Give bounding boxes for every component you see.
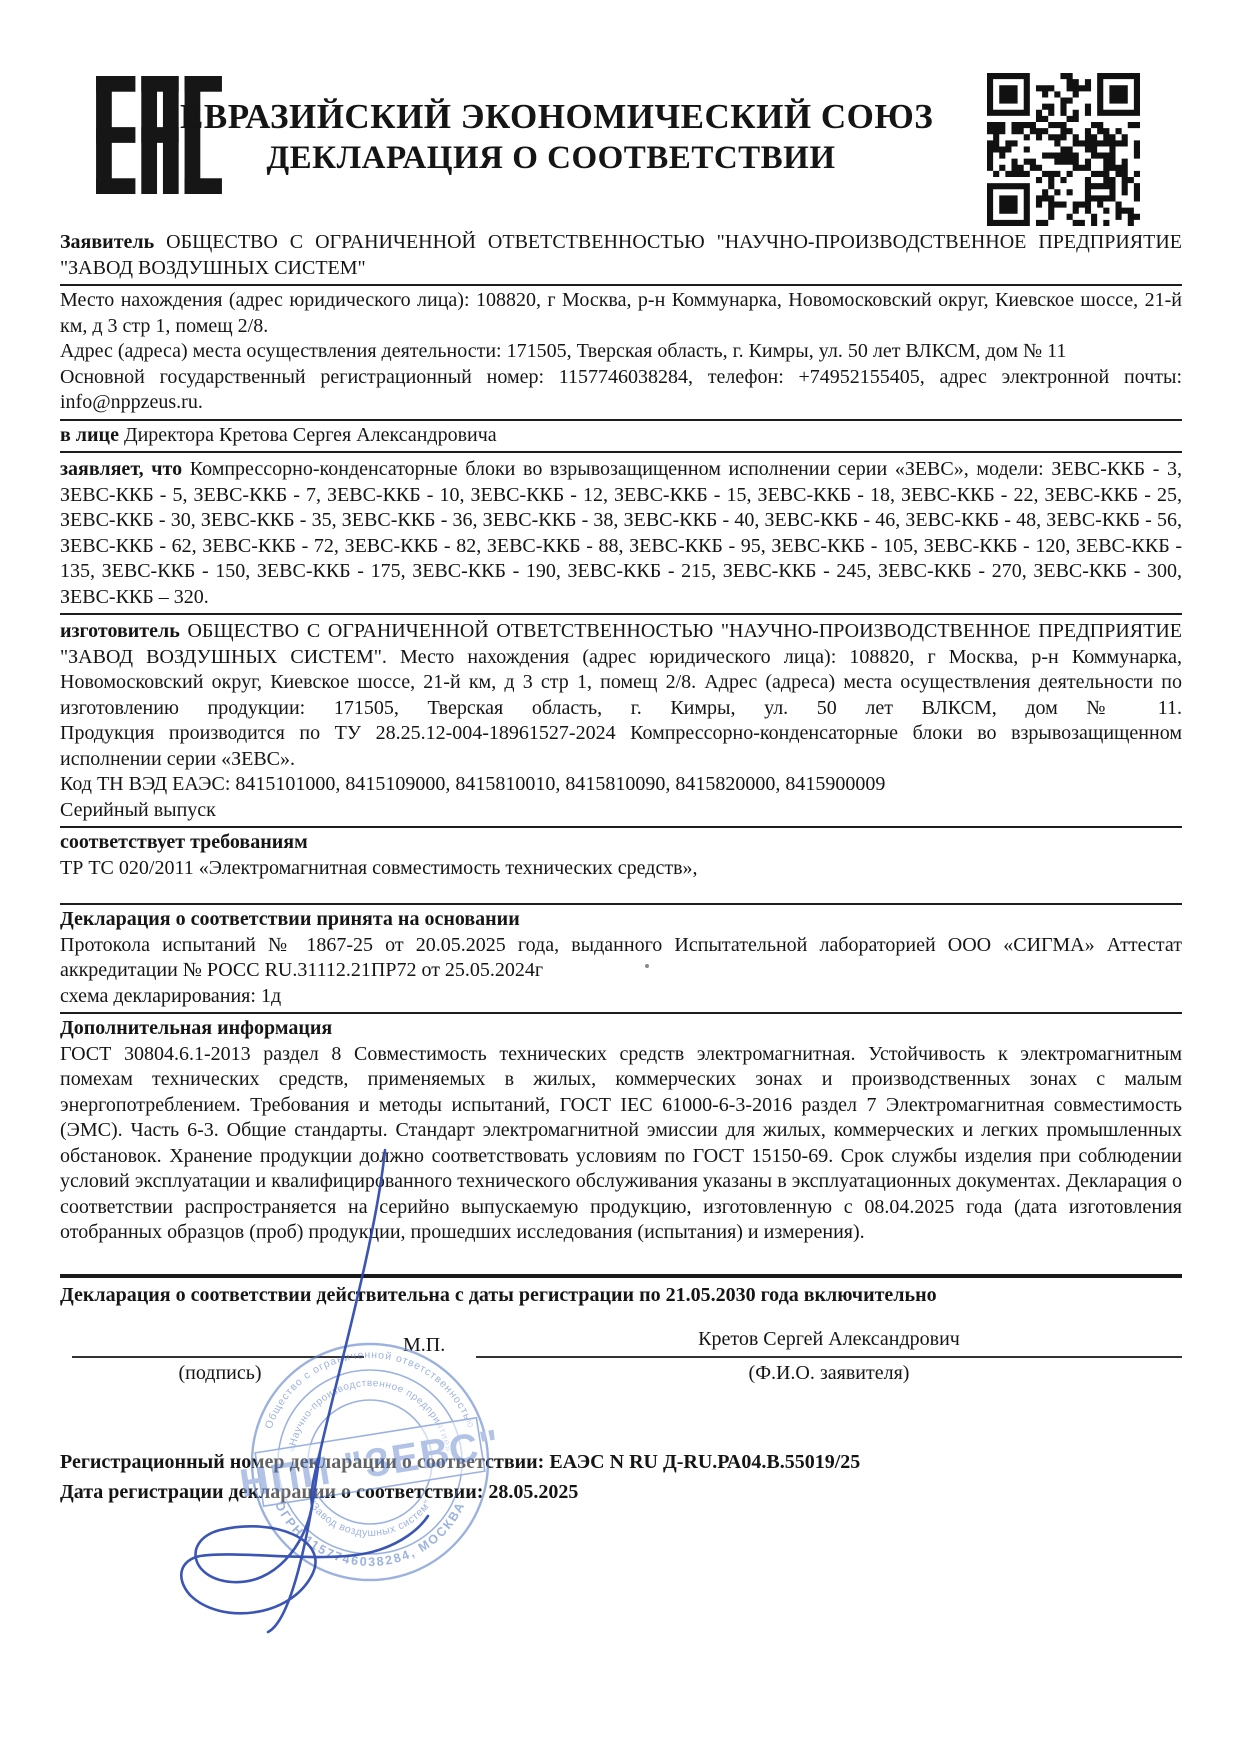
divider: [60, 903, 1182, 905]
applicant-location: Место нахождения (адрес юридического лиц…: [60, 288, 1182, 339]
basis-protocol: Протокола испытаний № 1867-25 от 20.05.2…: [60, 933, 1182, 984]
divider: [60, 284, 1182, 286]
qr-code: [987, 73, 1140, 226]
divider: [60, 419, 1182, 421]
signature-caption: (подпись): [100, 1362, 340, 1385]
stamp-ogrn-text: ОГРН 1157746038284, МОСКВА: [272, 1499, 468, 1569]
title-declaration: ДЕКЛАРАЦИЯ О СООТВЕТСТВИИ: [180, 138, 922, 178]
applicant-paragraph: Заявитель ОБЩЕСТВО С ОГРАНИЧЕННОЙ ОТВЕТС…: [60, 230, 1182, 281]
signature-block: Кретов Сергей Александрович М.П. (подпис…: [60, 1320, 1182, 1400]
serial-release: Серийный выпуск: [60, 798, 1182, 824]
conforms-heading: соответствует требованиям: [60, 830, 1182, 856]
manufacturer-label: изготовитель: [60, 620, 180, 642]
divider: [60, 451, 1182, 453]
divider: [60, 613, 1182, 615]
in-person-name: Директора Кретова Сергея Александровича: [124, 424, 497, 446]
manufacturer-paragraph: изготовитель ОБЩЕСТВО С ОГРАНИЧЕННОЙ ОТВ…: [60, 619, 1182, 721]
basis-heading: Декларация о соответствии принята на осн…: [60, 907, 1182, 933]
fio-line: [476, 1356, 1182, 1358]
additional-heading: Дополнительная информация: [60, 1016, 1182, 1042]
registration-block: Регистрационный номер декларации о соотв…: [60, 1447, 1182, 1507]
applicant-fio: Кретов Сергей Александрович: [476, 1328, 1182, 1351]
document-header: ЕВРАЗИЙСКИЙ ЭКОНОМИЧЕСКИЙ СОЮЗ ДЕКЛАРАЦИ…: [60, 0, 1182, 196]
divider: [60, 826, 1182, 828]
basis-scheme: схема декларирования: 1д: [60, 984, 1182, 1010]
declares-label: заявляет, что: [60, 458, 182, 480]
scan-artifact-dot: [645, 964, 649, 968]
conforms-regulation: ТР ТС 020/2011 «Электромагнитная совмест…: [60, 856, 1182, 882]
product-description: Компрессорно-конденсаторные блоки во взр…: [60, 458, 1182, 608]
manufacturer-details: ОБЩЕСТВО С ОГРАНИЧЕННОЙ ОТВЕТСТВЕННОСТЬЮ…: [60, 620, 1182, 719]
applicant-name: ОБЩЕСТВО С ОГРАНИЧЕННОЙ ОТВЕТСТВЕННОСТЬЮ…: [60, 231, 1182, 279]
registration-number: Регистрационный номер декларации о соотв…: [60, 1447, 1182, 1477]
applicant-ogrn-line: Основной государственный регистрационный…: [60, 365, 1182, 416]
stamp-place-label: М.П.: [403, 1334, 445, 1357]
svg-text:ОГРН 1157746038284, МОСКВА: ОГРН 1157746038284, МОСКВА: [272, 1499, 468, 1569]
applicant-activity-address: Адрес (адреса) места осуществления деяте…: [60, 339, 1182, 365]
in-person-label: в лице: [60, 424, 119, 446]
document-title: ЕВРАЗИЙСКИЙ ЭКОНОМИЧЕСКИЙ СОЮЗ ДЕКЛАРАЦИ…: [180, 96, 922, 178]
divider-thick: [60, 1274, 1182, 1278]
tnved-codes: Код ТН ВЭД ЕАЭС: 8415101000, 8415109000,…: [60, 772, 1182, 798]
divider: [60, 1012, 1182, 1014]
additional-text: ГОСТ 30804.6.1-2013 раздел 8 Совместимос…: [60, 1042, 1182, 1246]
applicant-label: Заявитель: [60, 231, 154, 253]
production-spec: Продукция производится по ТУ 28.25.12-00…: [60, 721, 1182, 772]
validity-statement: Декларация о соответствии действительна …: [60, 1283, 1182, 1309]
document-content: ЕВРАЗИЙСКИЙ ЭКОНОМИЧЕСКИЙ СОЮЗ ДЕКЛАРАЦИ…: [60, 0, 1182, 1507]
title-union: ЕВРАЗИЙСКИЙ ЭКОНОМИЧЕСКИЙ СОЮЗ: [180, 96, 922, 138]
fio-caption: (Ф.И.О. заявителя): [476, 1362, 1182, 1385]
in-person-paragraph: в лице Директора Кретова Сергея Александ…: [60, 423, 1182, 449]
signature-line: [72, 1356, 364, 1358]
declares-paragraph: заявляет, что Компрессорно-конденсаторны…: [60, 457, 1182, 610]
registration-date: Дата регистрации декларации о соответств…: [60, 1477, 1182, 1507]
declaration-document: ЕВРАЗИЙСКИЙ ЭКОНОМИЧЕСКИЙ СОЮЗ ДЕКЛАРАЦИ…: [0, 0, 1237, 1753]
